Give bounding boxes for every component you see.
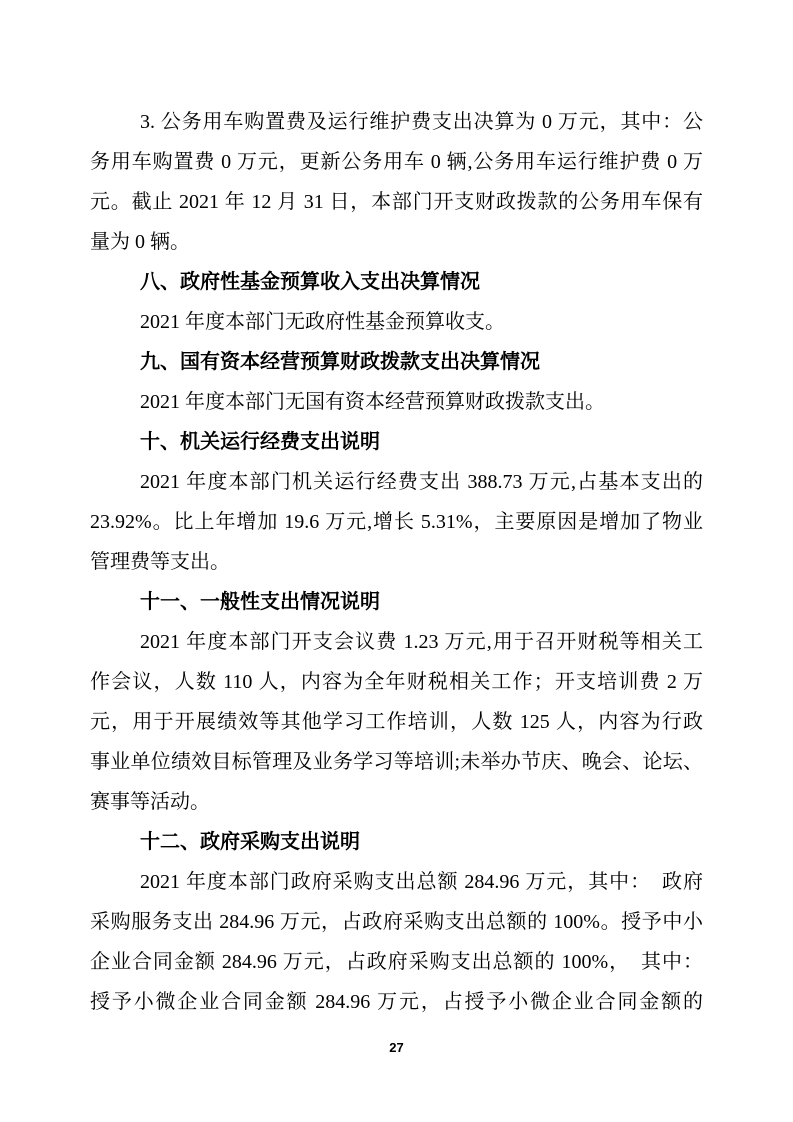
paragraph: 2021 年度本部门政府采购支出总额 284.96 万元，其中： 政府采购服务支…: [90, 862, 703, 1022]
paragraph-line: 2021 年度本部门政府采购支出总额 284.96 万元，其中： 政府: [90, 862, 703, 902]
section-heading: 十一、一般性支出情况说明: [90, 582, 703, 622]
section-heading: 十二、政府采购支出说明: [90, 822, 703, 862]
paragraph-line: 务用车购置费 0 万元，更新公务用车 0 辆,公务用车运行维护费 0 万: [90, 142, 703, 182]
heading-text: 八、政府性基金预算收入支出决算情况: [90, 262, 703, 302]
paragraph-line: 元。截止 2021 年 12 月 31 日，本部门开支财政拨款的公务用车保有: [90, 182, 703, 222]
paragraph: 3. 公务用车购置费及运行维护费支出决算为 0 万元，其中：公务用车购置费 0 …: [90, 102, 703, 262]
paragraph-line: 2021 年度本部门无政府性基金预算收支。: [90, 302, 703, 342]
paragraph-line: 赛事等活动。: [90, 782, 703, 822]
paragraph: 2021 年度本部门无政府性基金预算收支。: [90, 302, 703, 342]
document-page: 3. 公务用车购置费及运行维护费支出决算为 0 万元，其中：公务用车购置费 0 …: [0, 0, 793, 1122]
paragraph-line: 2021 年度本部门机关运行经费支出 388.73 万元,占基本支出的: [90, 462, 703, 502]
paragraph-line: 作会议，人数 110 人，内容为全年财税相关工作；开支培训费 2 万: [90, 662, 703, 702]
paragraph-line: 3. 公务用车购置费及运行维护费支出决算为 0 万元，其中：公: [90, 102, 703, 142]
paragraph-line: 23.92%。比上年增加 19.6 万元,增长 5.31%，主要原因是增加了物业: [90, 502, 703, 542]
heading-text: 十二、政府采购支出说明: [90, 822, 703, 862]
paragraph-line: 事业单位绩效目标管理及业务学习等培训;未举办节庆、晚会、论坛、: [90, 742, 703, 782]
section-heading: 八、政府性基金预算收入支出决算情况: [90, 262, 703, 302]
paragraph-line: 企业合同金额 284.96 万元，占政府采购支出总额的 100%， 其中：: [90, 942, 703, 982]
heading-text: 十、机关运行经费支出说明: [90, 422, 703, 462]
paragraph: 2021 年度本部门无国有资本经营预算财政拨款支出。: [90, 382, 703, 422]
page-number: 27: [0, 1038, 793, 1058]
section-heading: 九、国有资本经营预算财政拨款支出决算情况: [90, 342, 703, 382]
paragraph-line: 量为 0 辆。: [90, 222, 703, 262]
paragraph-line: 管理费等支出。: [90, 542, 703, 582]
paragraph-line: 元，用于开展绩效等其他学习工作培训，人数 125 人，内容为行政: [90, 702, 703, 742]
heading-text: 十一、一般性支出情况说明: [90, 582, 703, 622]
paragraph-line: 授予小微企业合同金额 284.96 万元，占授予小微企业合同金额的: [90, 982, 703, 1022]
paragraph-line: 2021 年度本部门开支会议费 1.23 万元,用于召开财税等相关工: [90, 622, 703, 662]
paragraph: 2021 年度本部门机关运行经费支出 388.73 万元,占基本支出的23.92…: [90, 462, 703, 582]
paragraph: 2021 年度本部门开支会议费 1.23 万元,用于召开财税等相关工作会议，人数…: [90, 622, 703, 822]
document-content: 3. 公务用车购置费及运行维护费支出决算为 0 万元，其中：公务用车购置费 0 …: [90, 102, 703, 1022]
paragraph-line: 采购服务支出 284.96 万元，占政府采购支出总额的 100%。授予中小: [90, 902, 703, 942]
section-heading: 十、机关运行经费支出说明: [90, 422, 703, 462]
heading-text: 九、国有资本经营预算财政拨款支出决算情况: [90, 342, 703, 382]
paragraph-line: 2021 年度本部门无国有资本经营预算财政拨款支出。: [90, 382, 703, 422]
